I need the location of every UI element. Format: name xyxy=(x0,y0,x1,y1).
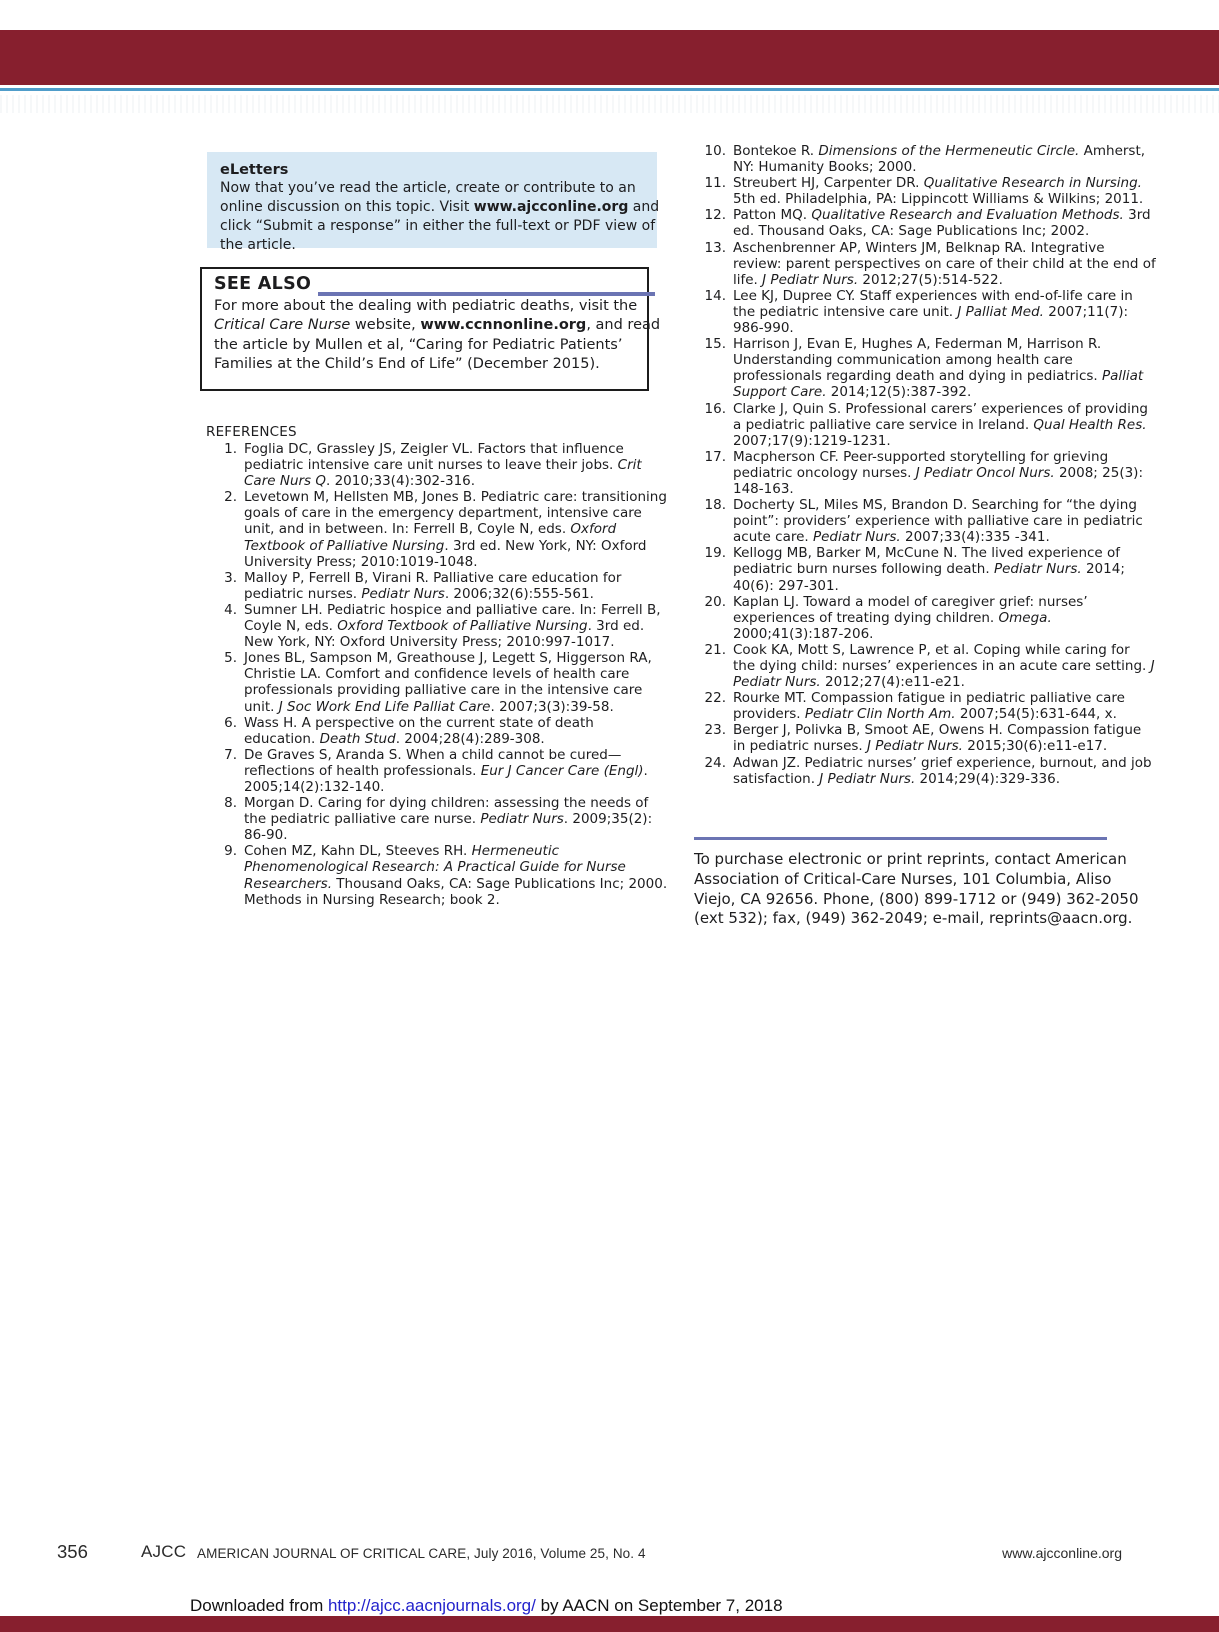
text-segment: 2007;54(5):631-644, x. xyxy=(956,706,1117,722)
reference-text: Adwan JZ. Pediatric nurses’ grief experi… xyxy=(733,755,1156,787)
reference-item: 12.Patton MQ. Qualitative Research and E… xyxy=(700,207,1156,239)
bottom-brand-bar xyxy=(0,1616,1219,1632)
reference-item: 22.Rourke MT. Compassion fatigue in pedi… xyxy=(700,690,1156,722)
text-segment: 2012;27(5):514-522. xyxy=(858,272,1003,288)
italic-text: J Pediatr Nurs. xyxy=(762,272,858,288)
reference-text: Kellogg MB, Barker M, McCune N. The live… xyxy=(733,545,1156,593)
reference-item: 13.Aschenbrenner AP, Winters JM, Belknap… xyxy=(700,240,1156,288)
reference-text: Levetown M, Hellsten MB, Jones B. Pediat… xyxy=(244,489,668,569)
reference-number: 12. xyxy=(700,207,726,239)
reference-number: 11. xyxy=(700,175,726,207)
text-segment: Cook KA, Mott S, Lawrence P, et al. Copi… xyxy=(733,642,1151,674)
reference-number: 6. xyxy=(216,715,237,747)
text-segment: 2015;30(6):e11-e17. xyxy=(963,738,1107,754)
download-notice-prefix: Downloaded from xyxy=(190,1596,328,1615)
reference-text: Jones BL, Sampson M, Greathouse J, Leget… xyxy=(244,650,668,714)
reference-item: 21.Cook KA, Mott S, Lawrence P, et al. C… xyxy=(700,642,1156,690)
reference-number: 23. xyxy=(700,722,726,754)
reference-text: Bontekoe R. Dimensions of the Hermeneuti… xyxy=(733,143,1156,175)
text-segment: Cohen MZ, Kahn DL, Steeves RH. xyxy=(244,843,472,859)
italic-text: J Pediatr Oncol Nurs. xyxy=(916,465,1055,481)
text-segment: website, xyxy=(350,317,420,333)
download-notice: Downloaded from http://ajcc.aacnjournals… xyxy=(190,1596,783,1616)
reference-item: 10.Bontekoe R. Dimensions of the Hermene… xyxy=(700,143,1156,175)
italic-text: J Pediatr Nurs. xyxy=(867,738,963,754)
reprints-paragraph: To purchase electronic or print reprints… xyxy=(694,850,1156,929)
italic-text: Qualitative Research and Evaluation Meth… xyxy=(811,207,1123,223)
text-segment: . 2006;32(6):555-561. xyxy=(445,586,594,602)
reference-text: Harrison J, Evan E, Hughes A, Federman M… xyxy=(733,336,1156,400)
reference-text: Docherty SL, Miles MS, Brandon D. Search… xyxy=(733,497,1156,545)
reference-item: 24.Adwan JZ. Pediatric nurses’ grief exp… xyxy=(700,755,1156,787)
reference-item: 17.Macpherson CF. Peer-supported storyte… xyxy=(700,449,1156,497)
italic-text: Pediatr Nurs. xyxy=(994,561,1082,577)
eletters-box: eLetters Now that you’ve read the articl… xyxy=(207,152,657,248)
see-also-box: SEE ALSO For more about the dealing with… xyxy=(200,267,649,391)
reference-number: 2. xyxy=(216,489,237,569)
reference-text: Sumner LH. Pediatric hospice and palliat… xyxy=(244,602,668,650)
reference-text: Wass H. A perspective on the current sta… xyxy=(244,715,668,747)
reference-text: Streubert HJ, Carpenter DR. Qualitative … xyxy=(733,175,1156,207)
journal-page: eLetters Now that you’ve read the articl… xyxy=(0,0,1219,1632)
reference-item: 9.Cohen MZ, Kahn DL, Steeves RH. Hermene… xyxy=(216,843,668,907)
reference-item: 18.Docherty SL, Miles MS, Brandon D. Sea… xyxy=(700,497,1156,545)
text-segment: 5th ed. Philadelphia, PA: Lippincott Wil… xyxy=(733,191,1143,207)
italic-text: Qual Health Res. xyxy=(1033,417,1146,433)
reference-item: 6.Wass H. A perspective on the current s… xyxy=(216,715,668,747)
reference-item: 16.Clarke J, Quin S. Professional carers… xyxy=(700,401,1156,449)
italic-text: J Soc Work End Life Palliat Care xyxy=(279,699,491,715)
text-segment: 2007;33(4):335 -341. xyxy=(901,529,1050,545)
italic-text: Qualitative Research in Nursing. xyxy=(924,175,1142,191)
reference-text: Berger J, Polivka B, Smoot AE, Owens H. … xyxy=(733,722,1156,754)
top-brand-bar xyxy=(0,30,1219,85)
reference-text: Morgan D. Caring for dying children: ass… xyxy=(244,795,668,843)
url-text: www.ajcconline.org xyxy=(474,199,629,215)
reference-text: Lee KJ, Dupree CY. Staff experiences wit… xyxy=(733,288,1156,336)
reference-text: Aschenbrenner AP, Winters JM, Belknap RA… xyxy=(733,240,1156,288)
text-segment: Streubert HJ, Carpenter DR. xyxy=(733,175,924,191)
download-link[interactable]: http://ajcc.aacnjournals.org/ xyxy=(328,1596,536,1615)
download-notice-suffix: by AACN on September 7, 2018 xyxy=(536,1596,783,1615)
reference-number: 10. xyxy=(700,143,726,175)
italic-text: Death Stud xyxy=(320,731,396,747)
reference-number: 7. xyxy=(216,747,237,795)
text-segment: Patton MQ. xyxy=(733,207,811,223)
reference-item: 3.Malloy P, Ferrell B, Virani R. Palliat… xyxy=(216,570,668,602)
reference-item: 23.Berger J, Polivka B, Smoot AE, Owens … xyxy=(700,722,1156,754)
reference-item: 5.Jones BL, Sampson M, Greathouse J, Leg… xyxy=(216,650,668,714)
reference-item: 7.De Graves S, Aranda S. When a child ca… xyxy=(216,747,668,795)
references-left-column: 1.Foglia DC, Grassley JS, Zeigler VL. Fa… xyxy=(216,441,668,908)
reference-number: 4. xyxy=(216,602,237,650)
text-segment: 2007;17(9):1219-1231. xyxy=(733,433,891,449)
reference-text: Patton MQ. Qualitative Research and Eval… xyxy=(733,207,1156,239)
italic-text: Pediatr Clin North Am. xyxy=(805,706,956,722)
reference-number: 14. xyxy=(700,288,726,336)
url-text: www.ccnnonline.org xyxy=(420,317,586,333)
text-segment: . 2007;3(3):39-58. xyxy=(490,699,613,715)
italic-text: Pediatr Nurs xyxy=(480,811,563,827)
reference-item: 8.Morgan D. Caring for dying children: a… xyxy=(216,795,668,843)
italic-text: Pediatr Nurs xyxy=(361,586,444,602)
references-heading: REFERENCES xyxy=(206,424,297,440)
reference-item: 4.Sumner LH. Pediatric hospice and palli… xyxy=(216,602,668,650)
reference-text: Rourke MT. Compassion fatigue in pediatr… xyxy=(733,690,1156,722)
footer-journal-title: AMERICAN JOURNAL OF CRITICAL CARE, July … xyxy=(197,1546,646,1561)
reference-item: 2.Levetown M, Hellsten MB, Jones B. Pedi… xyxy=(216,489,668,569)
italic-text: J Pediatr Nurs. xyxy=(819,771,915,787)
footer-website: www.ajcconline.org xyxy=(1002,1545,1122,1561)
reference-item: 11.Streubert HJ, Carpenter DR. Qualitati… xyxy=(700,175,1156,207)
reference-number: 20. xyxy=(700,594,726,642)
see-also-rule xyxy=(318,292,655,296)
text-segment: 2000;41(3):187-206. xyxy=(733,626,873,642)
text-segment: . 2010;33(4):302-316. xyxy=(326,473,475,489)
reference-number: 18. xyxy=(700,497,726,545)
italic-text: Critical Care Nurse xyxy=(214,317,350,333)
text-segment: For more about the dealing with pediatri… xyxy=(214,298,637,314)
reference-number: 1. xyxy=(216,441,237,489)
reference-item: 19.Kellogg MB, Barker M, McCune N. The l… xyxy=(700,545,1156,593)
see-also-body: For more about the dealing with pediatri… xyxy=(214,297,666,375)
eletters-title: eLetters xyxy=(220,161,657,179)
reference-number: 3. xyxy=(216,570,237,602)
italic-text: J Palliat Med. xyxy=(957,304,1044,320)
italic-text: Eur J Cancer Care (Engl) xyxy=(481,763,644,779)
text-segment: Harrison J, Evan E, Hughes A, Federman M… xyxy=(733,336,1102,384)
text-segment: 2014;12(5):387-392. xyxy=(827,384,972,400)
reprints-divider-rule xyxy=(694,837,1107,840)
reference-number: 19. xyxy=(700,545,726,593)
footer-journal-abbr: AJCC xyxy=(141,1542,186,1562)
italic-text: Pediatr Nurs. xyxy=(813,529,901,545)
eletters-body: Now that you’ve read the article, create… xyxy=(220,179,660,255)
italic-text: Omega. xyxy=(999,610,1052,626)
reference-number: 8. xyxy=(216,795,237,843)
reference-item: 14.Lee KJ, Dupree CY. Staff experiences … xyxy=(700,288,1156,336)
reference-number: 13. xyxy=(700,240,726,288)
reference-text: Kaplan LJ. Toward a model of caregiver g… xyxy=(733,594,1156,642)
italic-text: Oxford Textbook of Palliative Nursing xyxy=(337,618,587,634)
reference-text: Cook KA, Mott S, Lawrence P, et al. Copi… xyxy=(733,642,1156,690)
reference-number: 21. xyxy=(700,642,726,690)
reference-number: 15. xyxy=(700,336,726,400)
text-segment: 2012;27(4):e11-e21. xyxy=(821,674,965,690)
references-right-column: 10.Bontekoe R. Dimensions of the Hermene… xyxy=(700,143,1156,787)
text-segment: 2014;29(4):329-336. xyxy=(915,771,1060,787)
reference-item: 20.Kaplan LJ. Toward a model of caregive… xyxy=(700,594,1156,642)
italic-text: Dimensions of the Hermeneutic Circle. xyxy=(818,143,1079,159)
faint-ghost-text-band xyxy=(0,95,1219,113)
reference-number: 16. xyxy=(700,401,726,449)
text-segment: . 2004;28(4):289-308. xyxy=(396,731,545,747)
reference-number: 24. xyxy=(700,755,726,787)
reference-item: 15.Harrison J, Evan E, Hughes A, Federma… xyxy=(700,336,1156,400)
reference-text: De Graves S, Aranda S. When a child cann… xyxy=(244,747,668,795)
reference-number: 22. xyxy=(700,690,726,722)
footer-page-number: 356 xyxy=(57,1541,88,1563)
reference-text: Foglia DC, Grassley JS, Zeigler VL. Fact… xyxy=(244,441,668,489)
header-blue-rule xyxy=(0,88,1219,91)
reference-number: 17. xyxy=(700,449,726,497)
reference-text: Cohen MZ, Kahn DL, Steeves RH. Hermeneut… xyxy=(244,843,668,907)
reference-text: Macpherson CF. Peer-supported storytelli… xyxy=(733,449,1156,497)
text-segment: Bontekoe R. xyxy=(733,143,818,159)
reference-text: Clarke J, Quin S. Professional carers’ e… xyxy=(733,401,1156,449)
text-segment: Foglia DC, Grassley JS, Zeigler VL. Fact… xyxy=(244,441,624,473)
reference-number: 5. xyxy=(216,650,237,714)
reference-number: 9. xyxy=(216,843,237,907)
reference-item: 1.Foglia DC, Grassley JS, Zeigler VL. Fa… xyxy=(216,441,668,489)
reference-text: Malloy P, Ferrell B, Virani R. Palliativ… xyxy=(244,570,668,602)
